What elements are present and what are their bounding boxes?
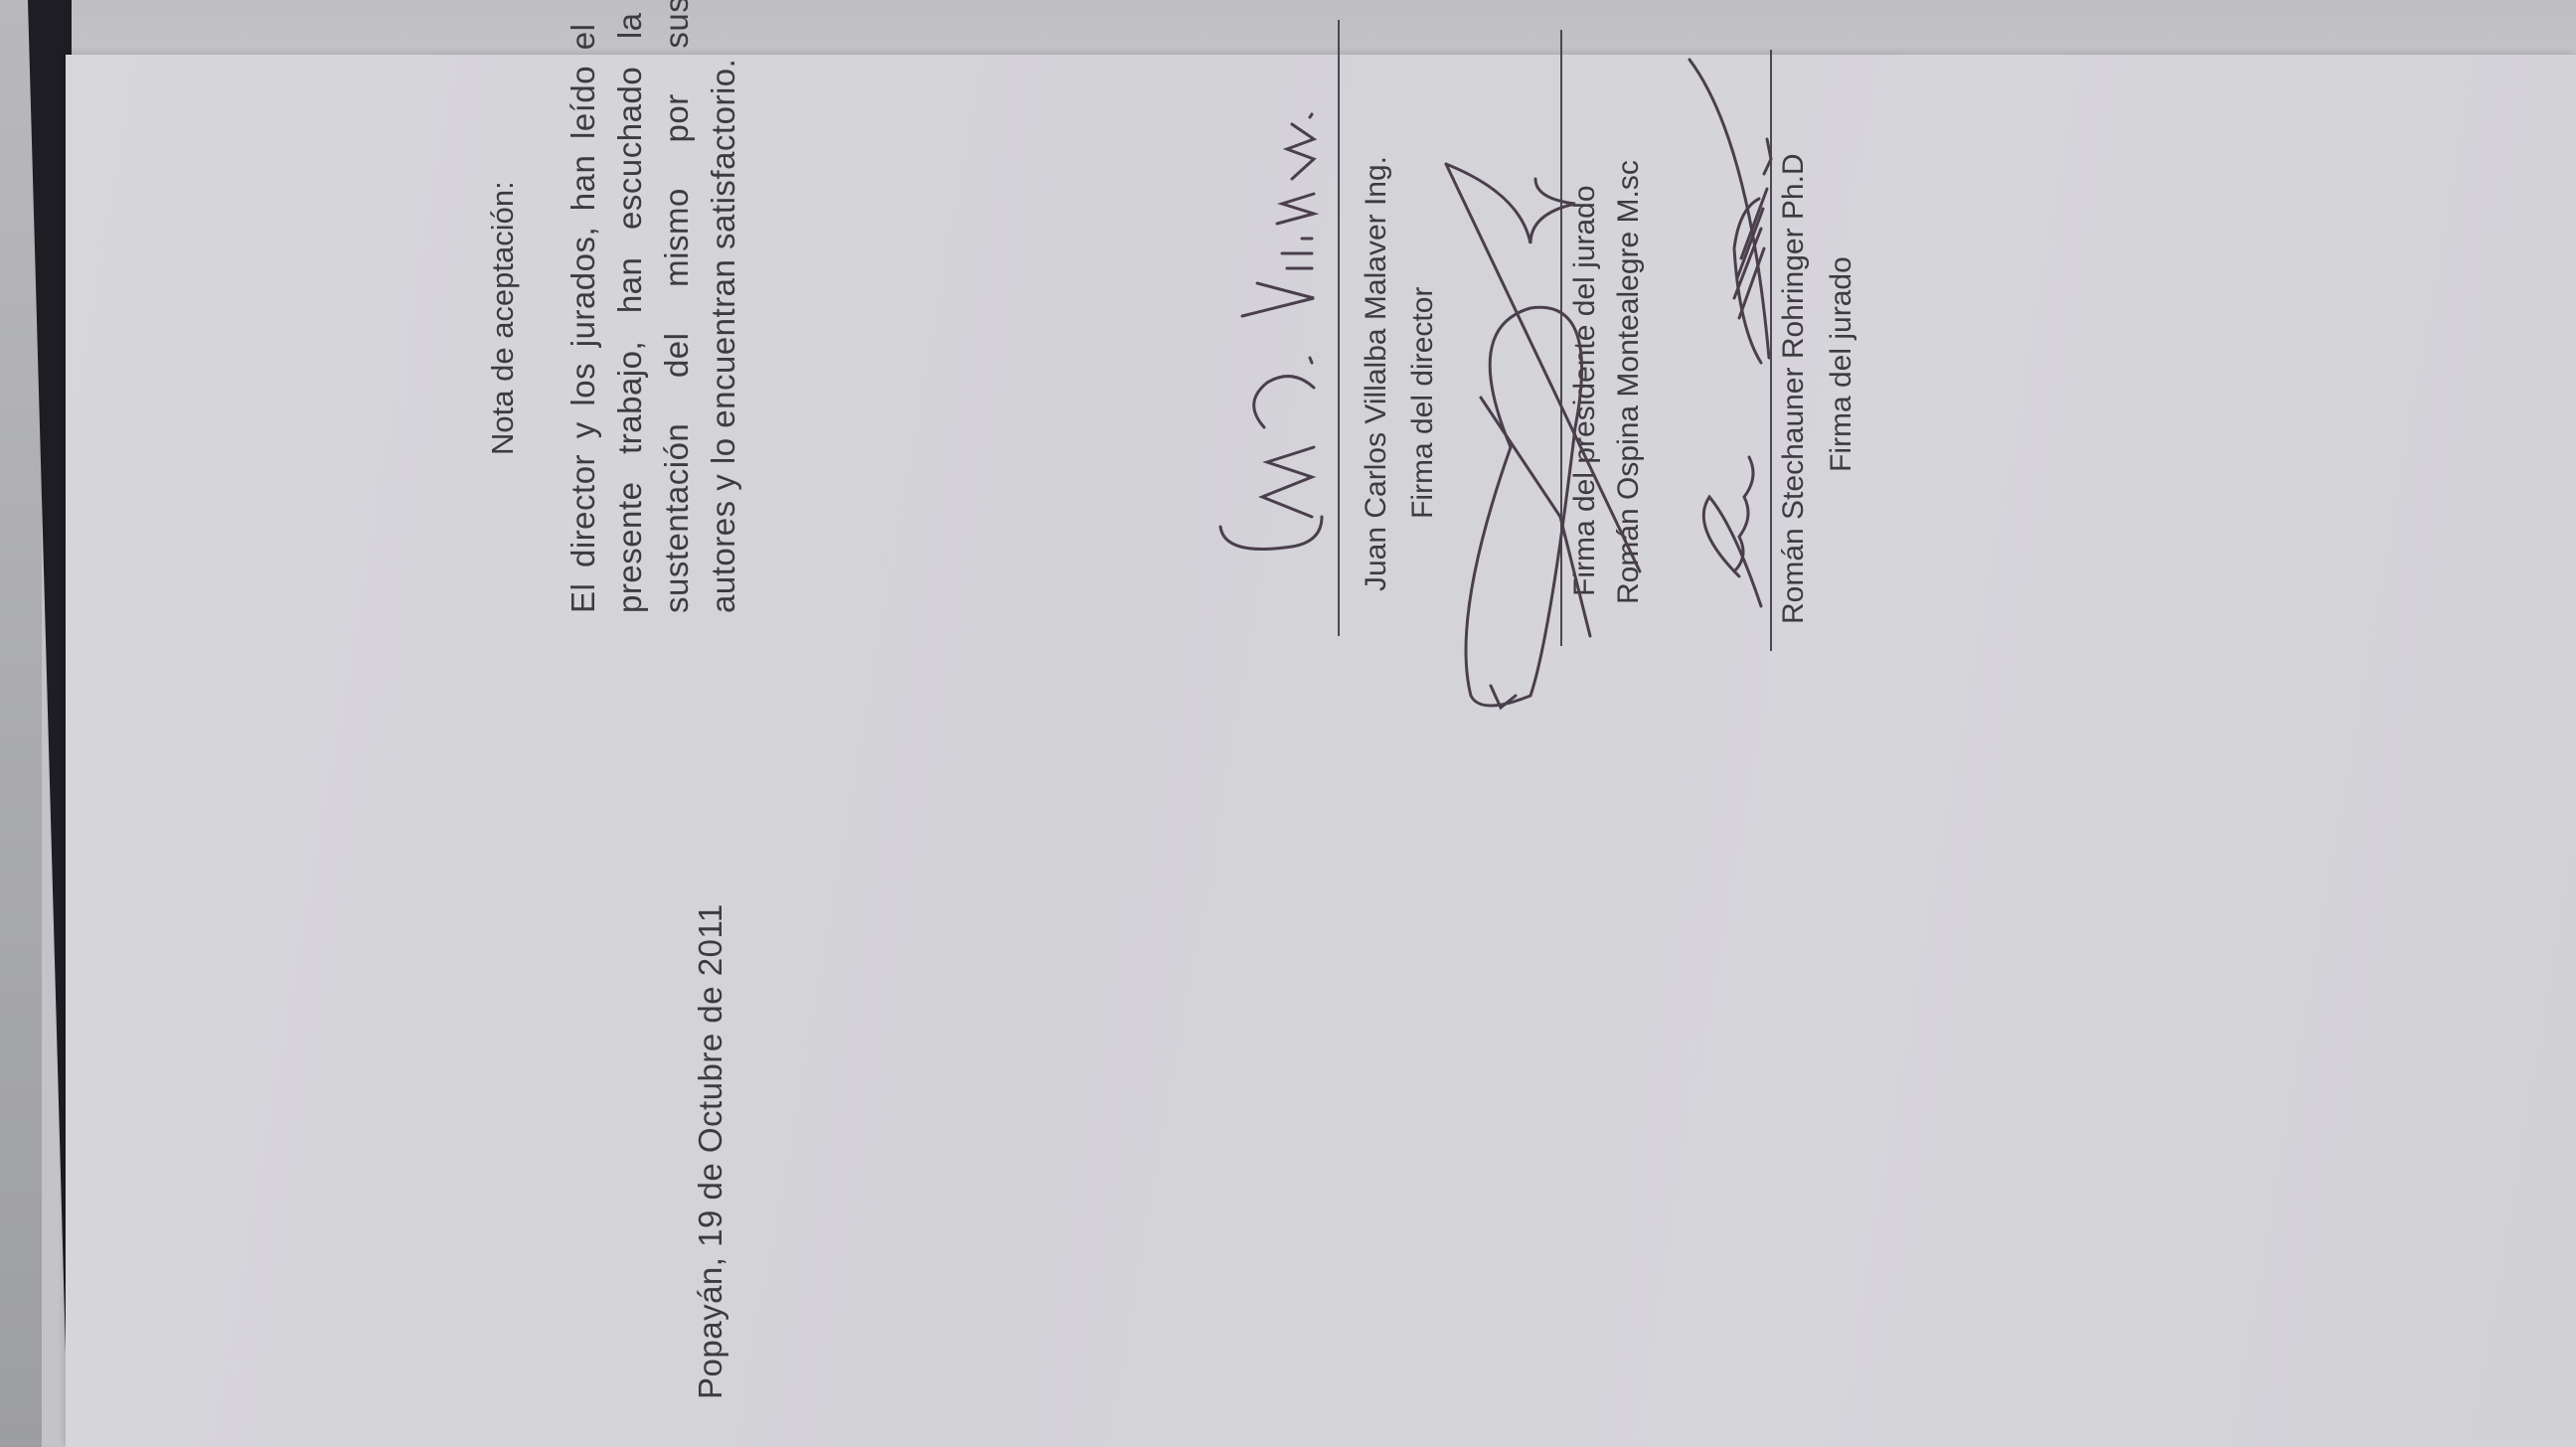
paragraph-line-1: El director y los jurados, han leído el [564,24,602,613]
acceptance-note-title: Nota de aceptación: [485,181,521,455]
jurado-role-label: Firma del jurado [1825,256,1858,472]
president-role-label: Firma del presidente del jurado [1568,185,1602,596]
date-line: Popayán, 19 de Octubre de 2011 [692,903,729,1399]
director-name: Juan Carlos Villalba Malaver Ing. [1360,156,1393,591]
paragraph-line-4: autores y lo encuentran satisfactorio. [705,59,742,613]
paragraph-line-2: presente trabajo, han escuchado la [611,12,649,613]
paragraph-line-3: sustentación del mismo por sus [658,0,696,613]
president-name: Román Ospina Montealegre M.sc [1612,160,1646,604]
jurado-signature-line [1770,50,1772,651]
jurado-name: Román Stechauner Rohringer Ph.D [1777,153,1811,624]
director-signature-line [1338,20,1340,636]
director-role-label: Firma del director [1406,287,1440,519]
president-signature-line [1560,30,1562,646]
document-page [66,55,2576,1447]
